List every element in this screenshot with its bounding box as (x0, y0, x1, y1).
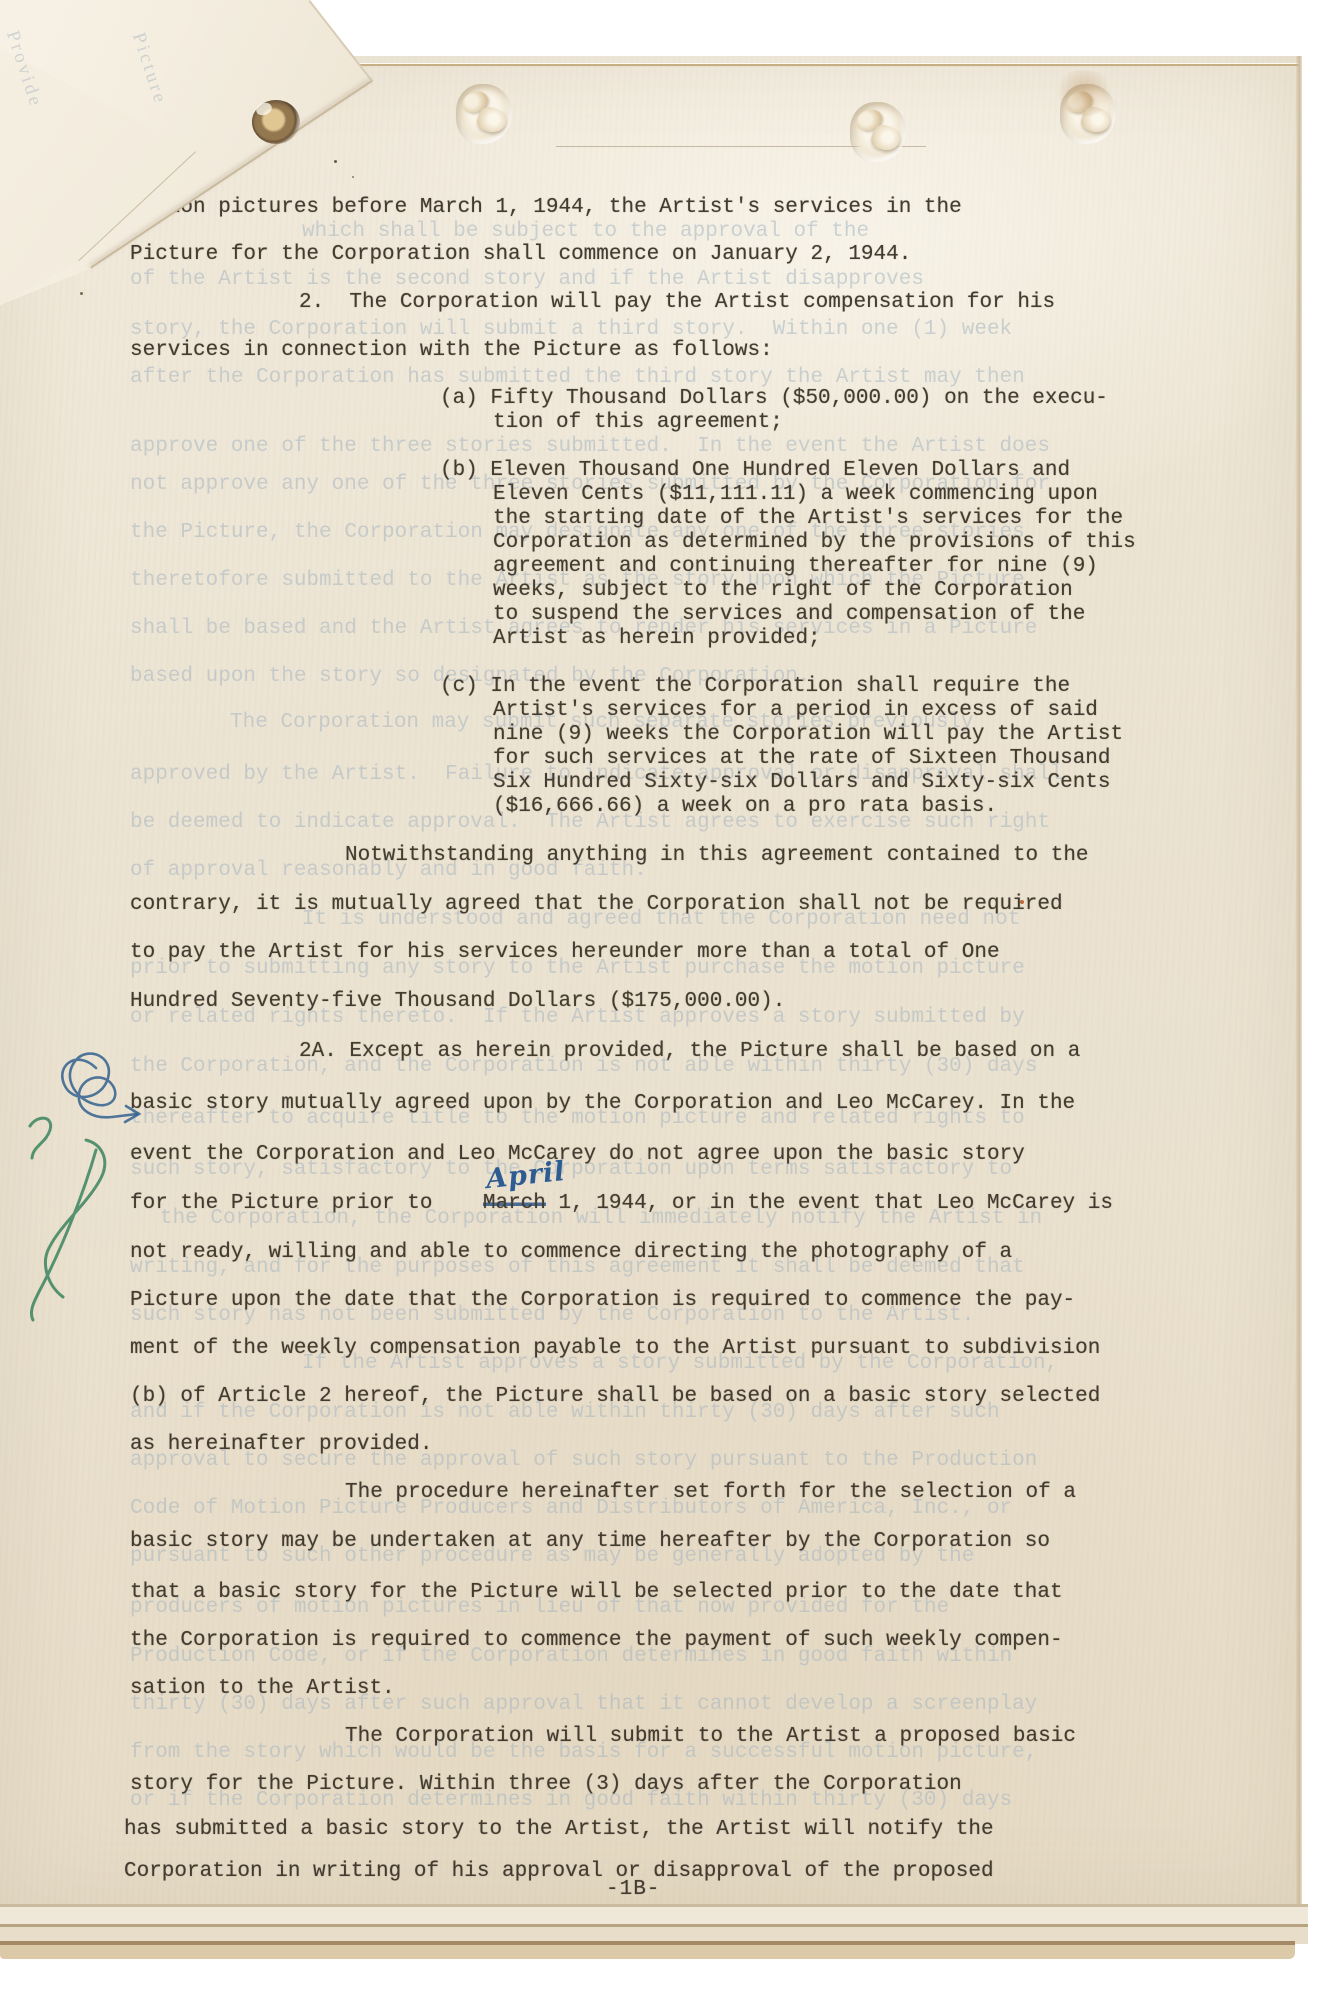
page-right-edge (1296, 56, 1302, 1906)
scan-background: which shall be subject to the approval o… (0, 0, 1331, 2000)
brass-brad (252, 100, 300, 144)
punch-hole-1 (456, 84, 512, 144)
page-number: -1B- (606, 1878, 660, 1901)
punch-hole-3 (1060, 84, 1116, 144)
punch-hole-2 (850, 102, 906, 162)
folded-corner: Provide Picture (0, 0, 410, 340)
page-bottom-stack (0, 1904, 1308, 1958)
paper-speck (1020, 900, 1024, 904)
